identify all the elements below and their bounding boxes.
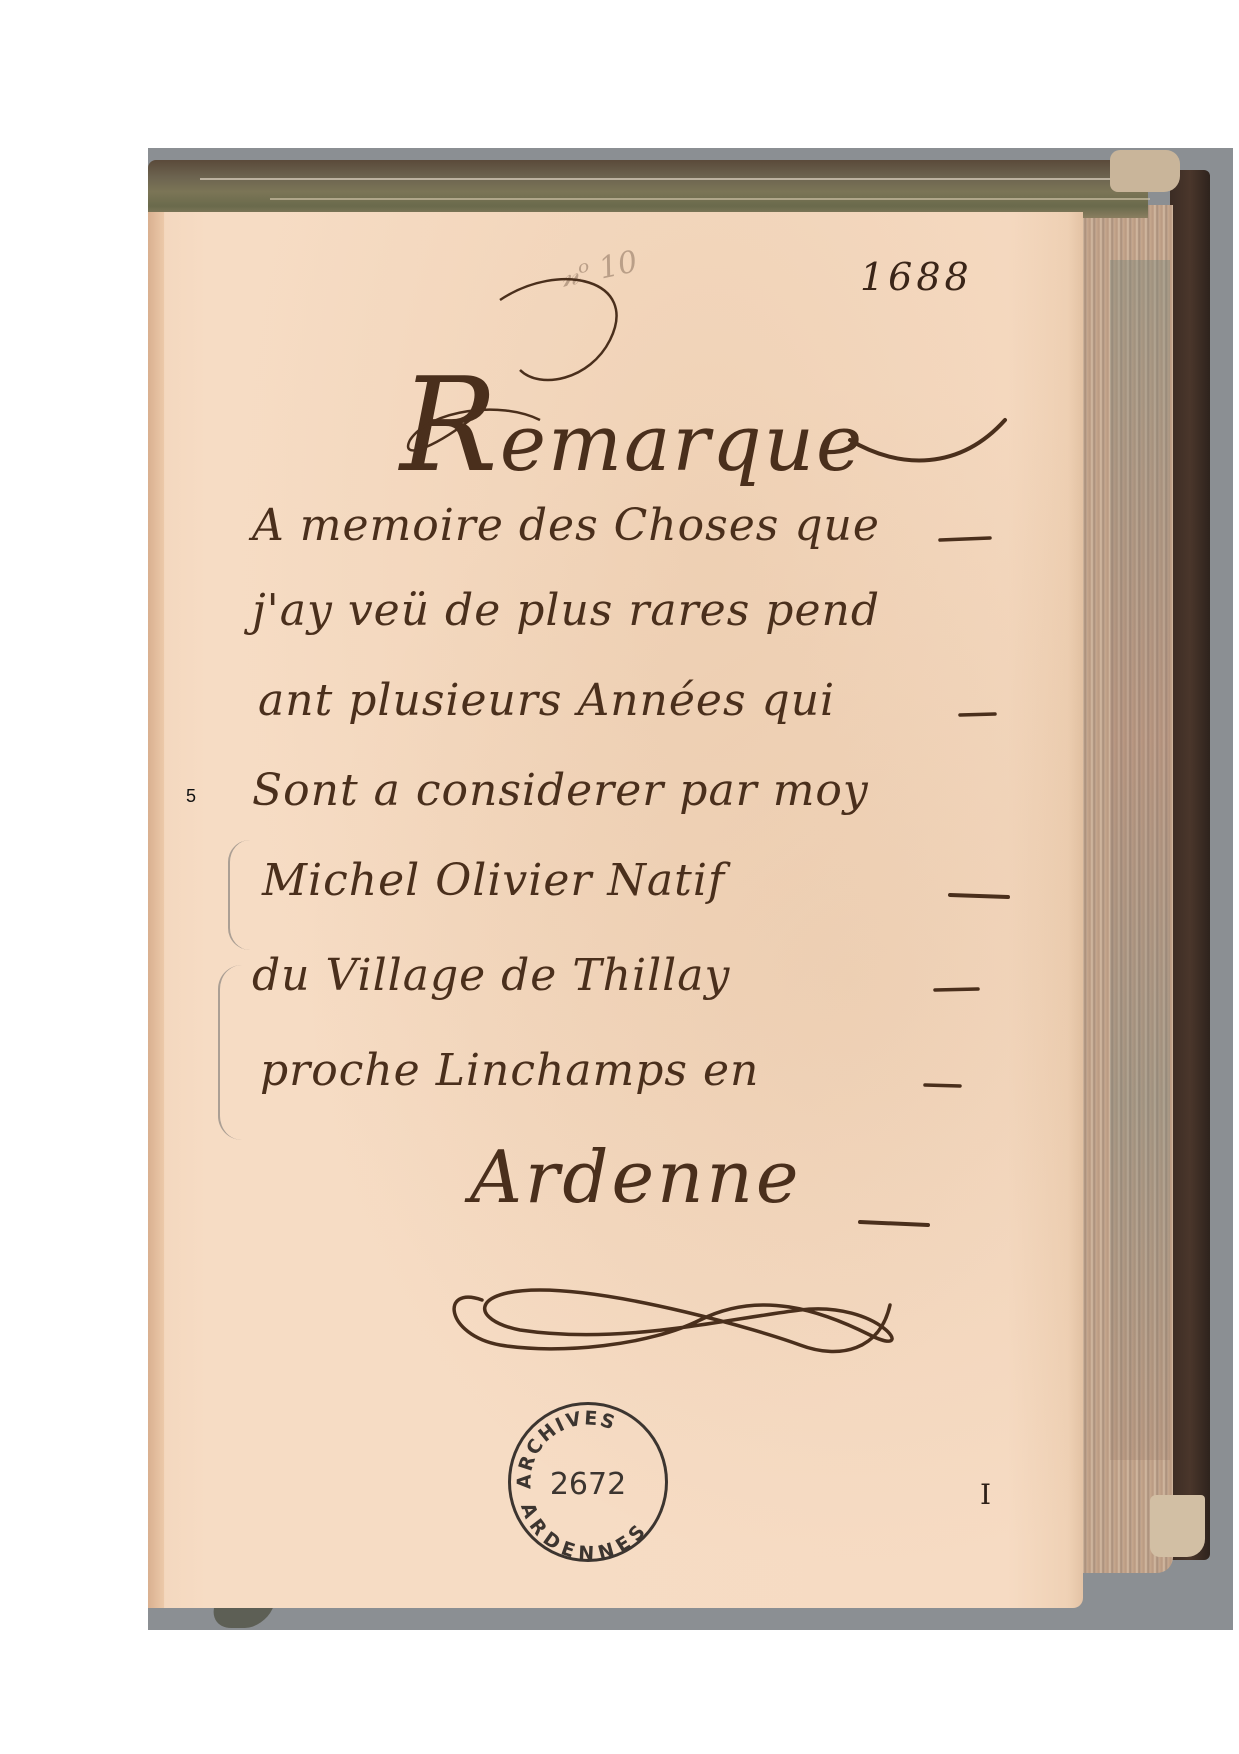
stamp-bottom-text: ARDENNES xyxy=(516,1500,651,1559)
stamp-number: 2672 xyxy=(511,1467,665,1502)
archive-stamp: ARCHIVES ARDENNES 2672 xyxy=(508,1402,668,1562)
folio-number: I xyxy=(980,1478,991,1511)
svg-text:ARDENNES: ARDENNES xyxy=(516,1500,651,1559)
